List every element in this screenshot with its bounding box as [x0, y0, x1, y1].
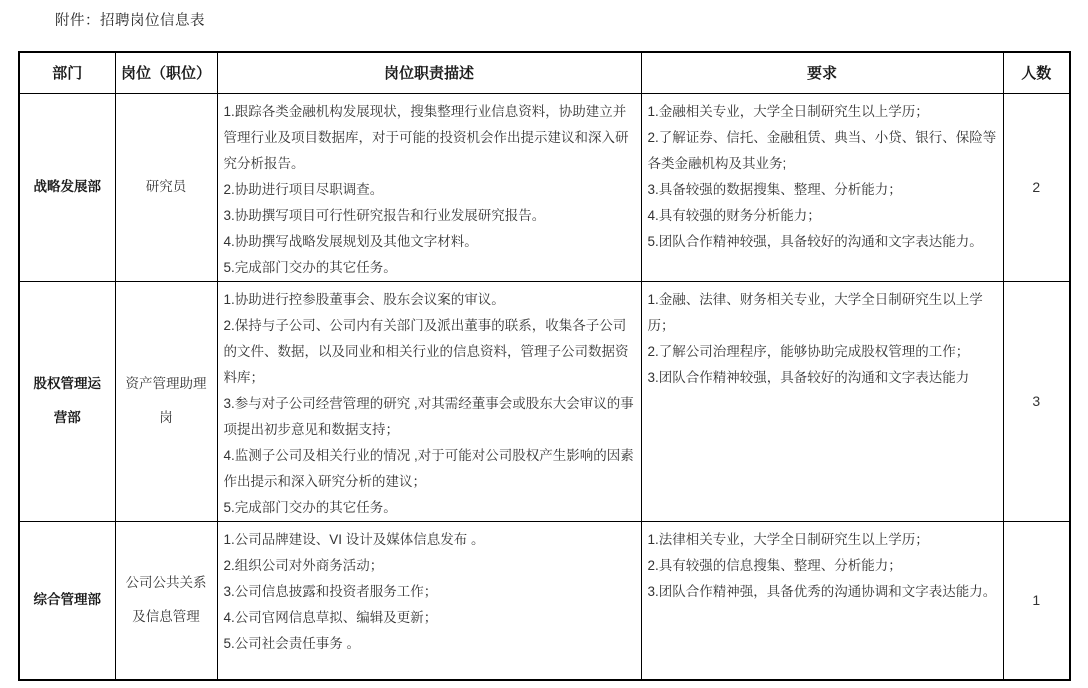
text-paragraph: 3.具备较强的数据搜集、整理、分析能力； — [648, 177, 998, 203]
requirements-cell: 1.金融、法律、财务相关专业，大学全日制研究生以上学历；2.了解公司治理程序，能… — [641, 281, 1003, 521]
text-paragraph: 1.协助进行控参股董事会、股东会议案的审议。 — [224, 287, 636, 313]
table-row: 股权管理运营部 资产管理助理岗 1.协助进行控参股董事会、股东会议案的审议。2.… — [19, 281, 1070, 521]
text-paragraph: 5.团队合作精神较强，具备较好的沟通和文字表达能力。 — [648, 229, 998, 255]
requirements-cell: 1.法律相关专业，大学全日制研究生以上学历；2.具有较强的信息搜集、整理、分析能… — [641, 521, 1003, 680]
text-paragraph: 3.参与对子公司经营管理的研究 ,对其需经董事会或股东大会审议的事项提出初步意见… — [224, 391, 636, 443]
duties-cell: 1.跟踪各类金融机构发展现状，搜集整理行业信息资料，协助建立并管理行业及项目数据… — [217, 93, 641, 281]
column-header-department: 部门 — [19, 52, 115, 93]
headcount-cell: 2 — [1003, 93, 1070, 281]
headcount-cell: 1 — [1003, 521, 1070, 680]
department-cell: 综合管理部 — [19, 521, 115, 680]
text-paragraph: 2.保持与子公司、公司内有关部门及派出董事的联系，收集各子公司的文件、数据，以及… — [224, 313, 636, 391]
headcount-cell: 3 — [1003, 281, 1070, 521]
document-page: 附件：招聘岗位信息表 部门 岗位（职位） 岗位职责描述 要求 人数 战略发展部 … — [0, 0, 1088, 688]
text-paragraph: 3.团队合作精神强，具备优秀的沟通协调和文字表达能力。 — [648, 579, 998, 605]
text-paragraph: 1.法律相关专业，大学全日制研究生以上学历； — [648, 527, 998, 553]
text-paragraph: 3.团队合作精神较强，具备较好的沟通和文字表达能力 — [648, 365, 998, 391]
text-paragraph: 2.具有较强的信息搜集、整理、分析能力； — [648, 553, 998, 579]
attachment-title: 附件：招聘岗位信息表 — [55, 9, 205, 30]
text-paragraph: 4.具有较强的财务分析能力； — [648, 203, 998, 229]
position-cell: 研究员 — [115, 93, 217, 281]
duties-cell: 1.协助进行控参股董事会、股东会议案的审议。2.保持与子公司、公司内有关部门及派… — [217, 281, 641, 521]
column-header-requirements: 要求 — [641, 52, 1003, 93]
recruitment-positions-table: 部门 岗位（职位） 岗位职责描述 要求 人数 战略发展部 研究员 1.跟踪各类金… — [18, 51, 1071, 681]
text-paragraph: 1.公司品牌建设、VI 设计及媒体信息发布 。 — [224, 527, 636, 553]
text-paragraph: 4.协助撰写战略发展规划及其他文字材料。 — [224, 229, 636, 255]
text-paragraph: 4.公司官网信息草拟、编辑及更新； — [224, 605, 636, 631]
text-paragraph: 5.公司社会责任事务 。 — [224, 631, 636, 657]
department-cell: 股权管理运营部 — [19, 281, 115, 521]
text-paragraph: 5.完成部门交办的其它任务。 — [224, 495, 636, 521]
column-header-duties: 岗位职责描述 — [217, 52, 641, 93]
column-header-headcount: 人数 — [1003, 52, 1070, 93]
department-cell: 战略发展部 — [19, 93, 115, 281]
text-paragraph: 2.了解证券、信托、金融租赁、典当、小贷、银行、保险等各类金融机构及其业务; — [648, 125, 998, 177]
requirements-cell: 1.金融相关专业，大学全日制研究生以上学历；2.了解证券、信托、金融租赁、典当、… — [641, 93, 1003, 281]
table-header-row: 部门 岗位（职位） 岗位职责描述 要求 人数 — [19, 52, 1070, 93]
text-paragraph: 5.完成部门交办的其它任务。 — [224, 255, 636, 281]
text-paragraph: 1.跟踪各类金融机构发展现状，搜集整理行业信息资料，协助建立并管理行业及项目数据… — [224, 99, 636, 177]
text-paragraph: 2.了解公司治理程序，能够协助完成股权管理的工作； — [648, 339, 998, 365]
duties-cell: 1.公司品牌建设、VI 设计及媒体信息发布 。2.组织公司对外商务活动；3.公司… — [217, 521, 641, 680]
text-paragraph: 2.组织公司对外商务活动； — [224, 553, 636, 579]
table-row: 综合管理部 公司公共关系及信息管理 1.公司品牌建设、VI 设计及媒体信息发布 … — [19, 521, 1070, 680]
text-paragraph: 3.协助撰写项目可行性研究报告和行业发展研究报告。 — [224, 203, 636, 229]
text-paragraph: 1.金融、法律、财务相关专业，大学全日制研究生以上学历； — [648, 287, 998, 339]
text-paragraph: 3.公司信息披露和投资者服务工作； — [224, 579, 636, 605]
text-paragraph: 2.协助进行项目尽职调查。 — [224, 177, 636, 203]
table-row: 战略发展部 研究员 1.跟踪各类金融机构发展现状，搜集整理行业信息资料，协助建立… — [19, 93, 1070, 281]
position-cell: 公司公共关系及信息管理 — [115, 521, 217, 680]
position-cell: 资产管理助理岗 — [115, 281, 217, 521]
column-header-position: 岗位（职位） — [115, 52, 217, 93]
text-paragraph: 1.金融相关专业，大学全日制研究生以上学历； — [648, 99, 998, 125]
text-paragraph: 4.监测子公司及相关行业的情况 ,对于可能对公司股权产生影响的因素作出提示和深入… — [224, 443, 636, 495]
